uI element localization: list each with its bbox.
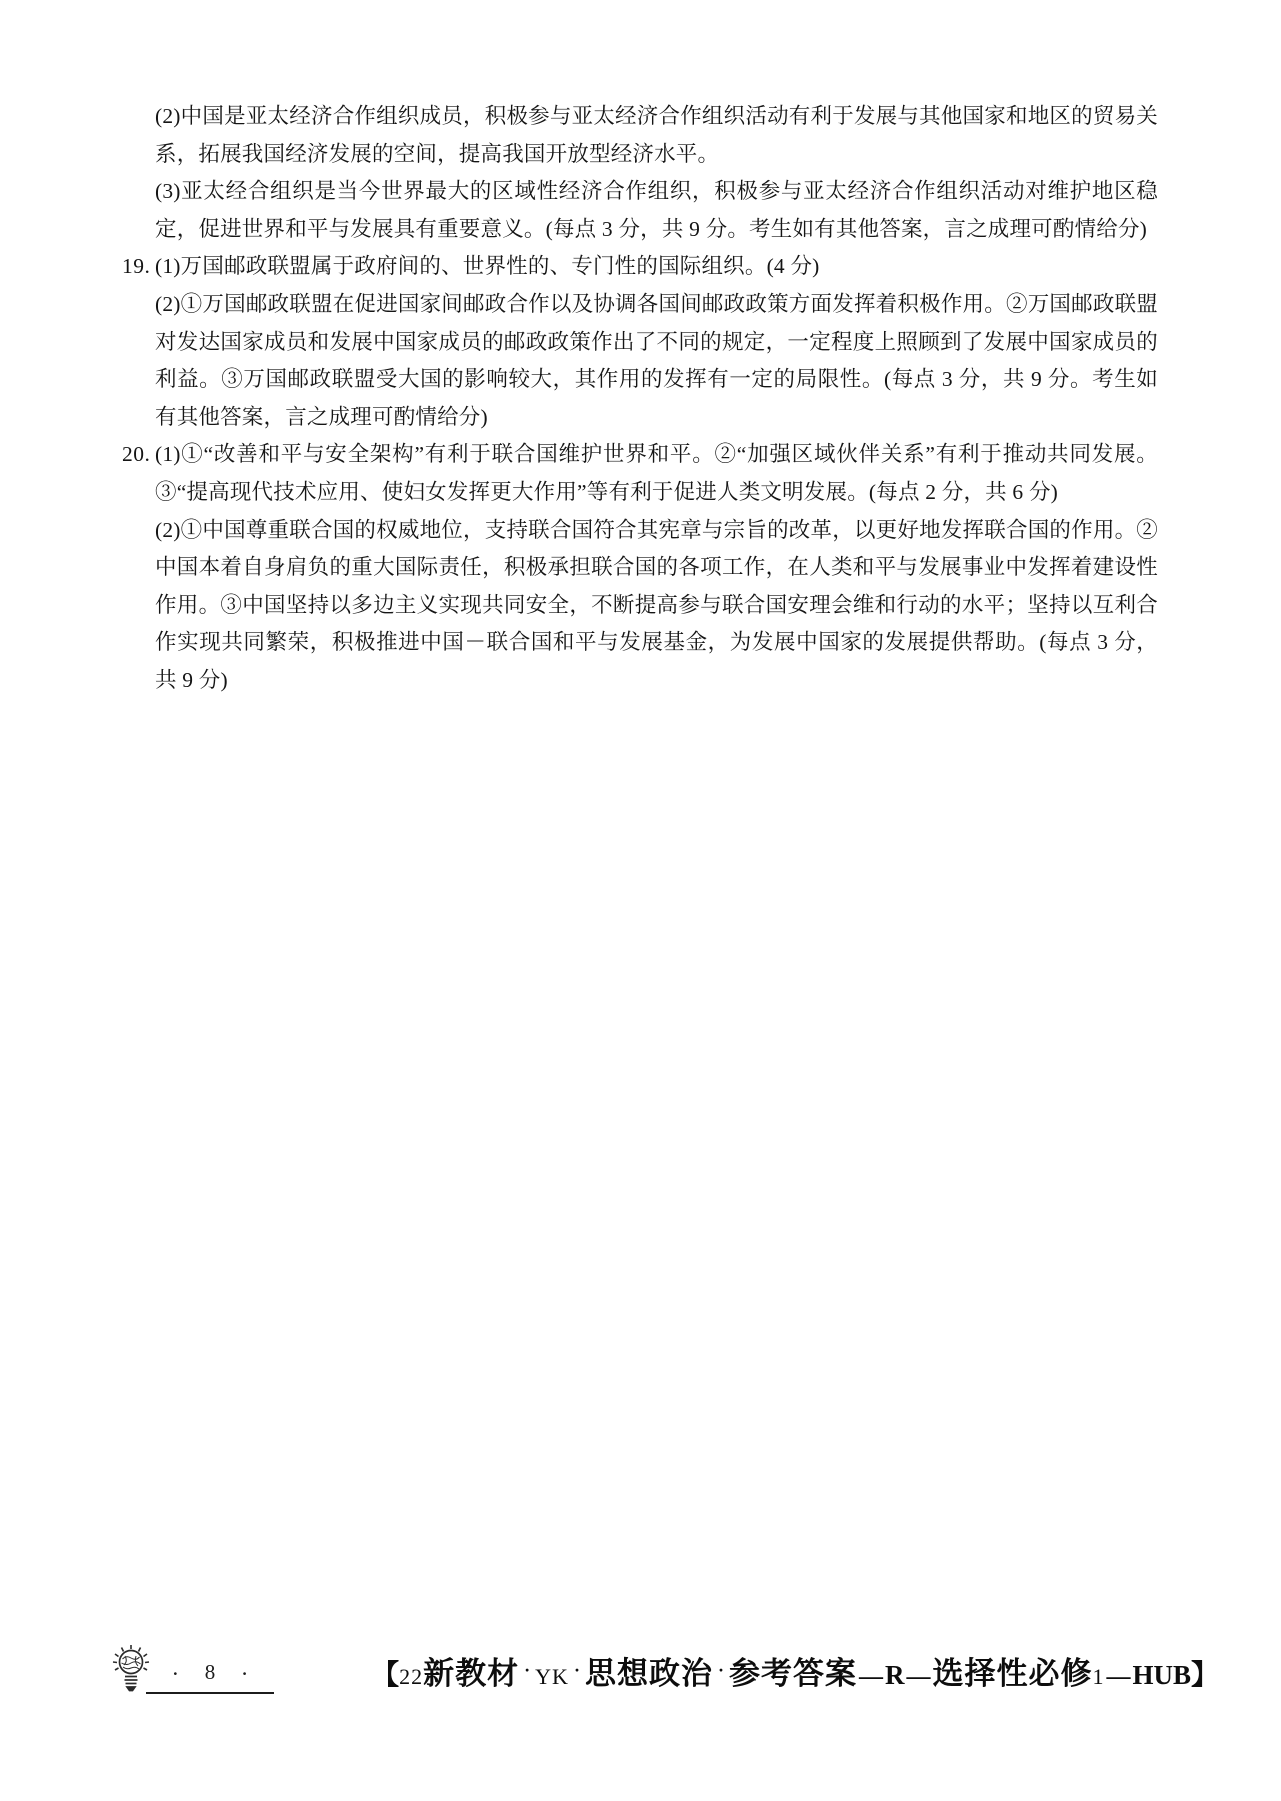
brand-close-bracket: 】	[1191, 1653, 1219, 1693]
page-number-underline	[146, 1692, 274, 1694]
answer-paragraph: (2)中国是亚太经济合作组织成员，积极参与亚太经济合作组织活动有利于发展与其他国…	[155, 98, 1158, 173]
scanned-answer-page: (2)中国是亚太经济合作组织成员，积极参与亚太经济合作组织活动有利于发展与其他国…	[0, 0, 1281, 1801]
brand-part2: 思想政治	[585, 1648, 713, 1693]
brand-part3: 参考答案	[729, 1648, 857, 1693]
answer-paragraph: (2)①中国尊重联合国的权威地位，支持联合国符合其宪章与宗旨的改革，以更好地发挥…	[155, 512, 1158, 700]
brand-part1: 新教材	[423, 1648, 519, 1693]
item-number: 19.	[122, 248, 150, 286]
answer-paragraph: (1)万国邮政联盟属于政府间的、世界性的、专门性的国际组织。(4 分)	[155, 248, 1158, 286]
brand-separator-dot: ·	[569, 1660, 585, 1681]
brand-dash: —	[1104, 1664, 1132, 1691]
brand-volume: 1	[1092, 1664, 1104, 1690]
brand-open-bracket: 【	[371, 1653, 399, 1693]
answer-item-18-continuation: (2)中国是亚太经济合作组织成员，积极参与亚太经济合作组织活动有利于发展与其他国…	[155, 98, 1158, 248]
answer-paragraph: (2)①万国邮政联盟在促进国家间邮政合作以及协调各国间邮政政策方面发挥着积极作用…	[155, 286, 1158, 436]
answer-paragraph: (3)亚太经合组织是当今世界最大的区域性经济合作组织，积极参与亚太经济合作组织活…	[155, 173, 1158, 248]
brand-dash: —	[857, 1664, 885, 1691]
brand-separator-dot: ·	[519, 1660, 535, 1681]
brand-year: 22	[399, 1664, 423, 1690]
page-number-dot-left: ·	[173, 1664, 179, 1684]
brand-part4: 选择性必修	[932, 1648, 1092, 1693]
brand-series: HUB	[1132, 1660, 1191, 1691]
answer-paragraph: (1)①“改善和平与安全架构”有利于联合国维护世界和平。②“加强区域伙伴关系”有…	[155, 436, 1158, 511]
page-number: · 8 ·	[146, 1660, 274, 1685]
answer-item-20: 20. (1)①“改善和平与安全架构”有利于联合国维护世界和平。②“加强区域伙伴…	[155, 436, 1158, 699]
footer-brand-line: 【 22 新教材 · YK · 思想政治 · 参考答案 — R — 选择性必修 …	[371, 1648, 1219, 1693]
page-number-dot-right: ·	[242, 1664, 248, 1684]
answer-item-19: 19. (1)万国邮政联盟属于政府间的、世界性的、专门性的国际组织。(4 分) …	[155, 248, 1158, 436]
brand-separator-dot: ·	[713, 1660, 729, 1681]
item-number: 20.	[122, 436, 150, 474]
brand-edition: R	[885, 1660, 905, 1691]
brand-code: YK	[535, 1664, 569, 1690]
page-number-value: 8	[205, 1660, 216, 1685]
brand-dash: —	[904, 1664, 932, 1691]
answer-text-block: (2)中国是亚太经济合作组织成员，积极参与亚太经济合作组织活动有利于发展与其他国…	[155, 98, 1158, 700]
